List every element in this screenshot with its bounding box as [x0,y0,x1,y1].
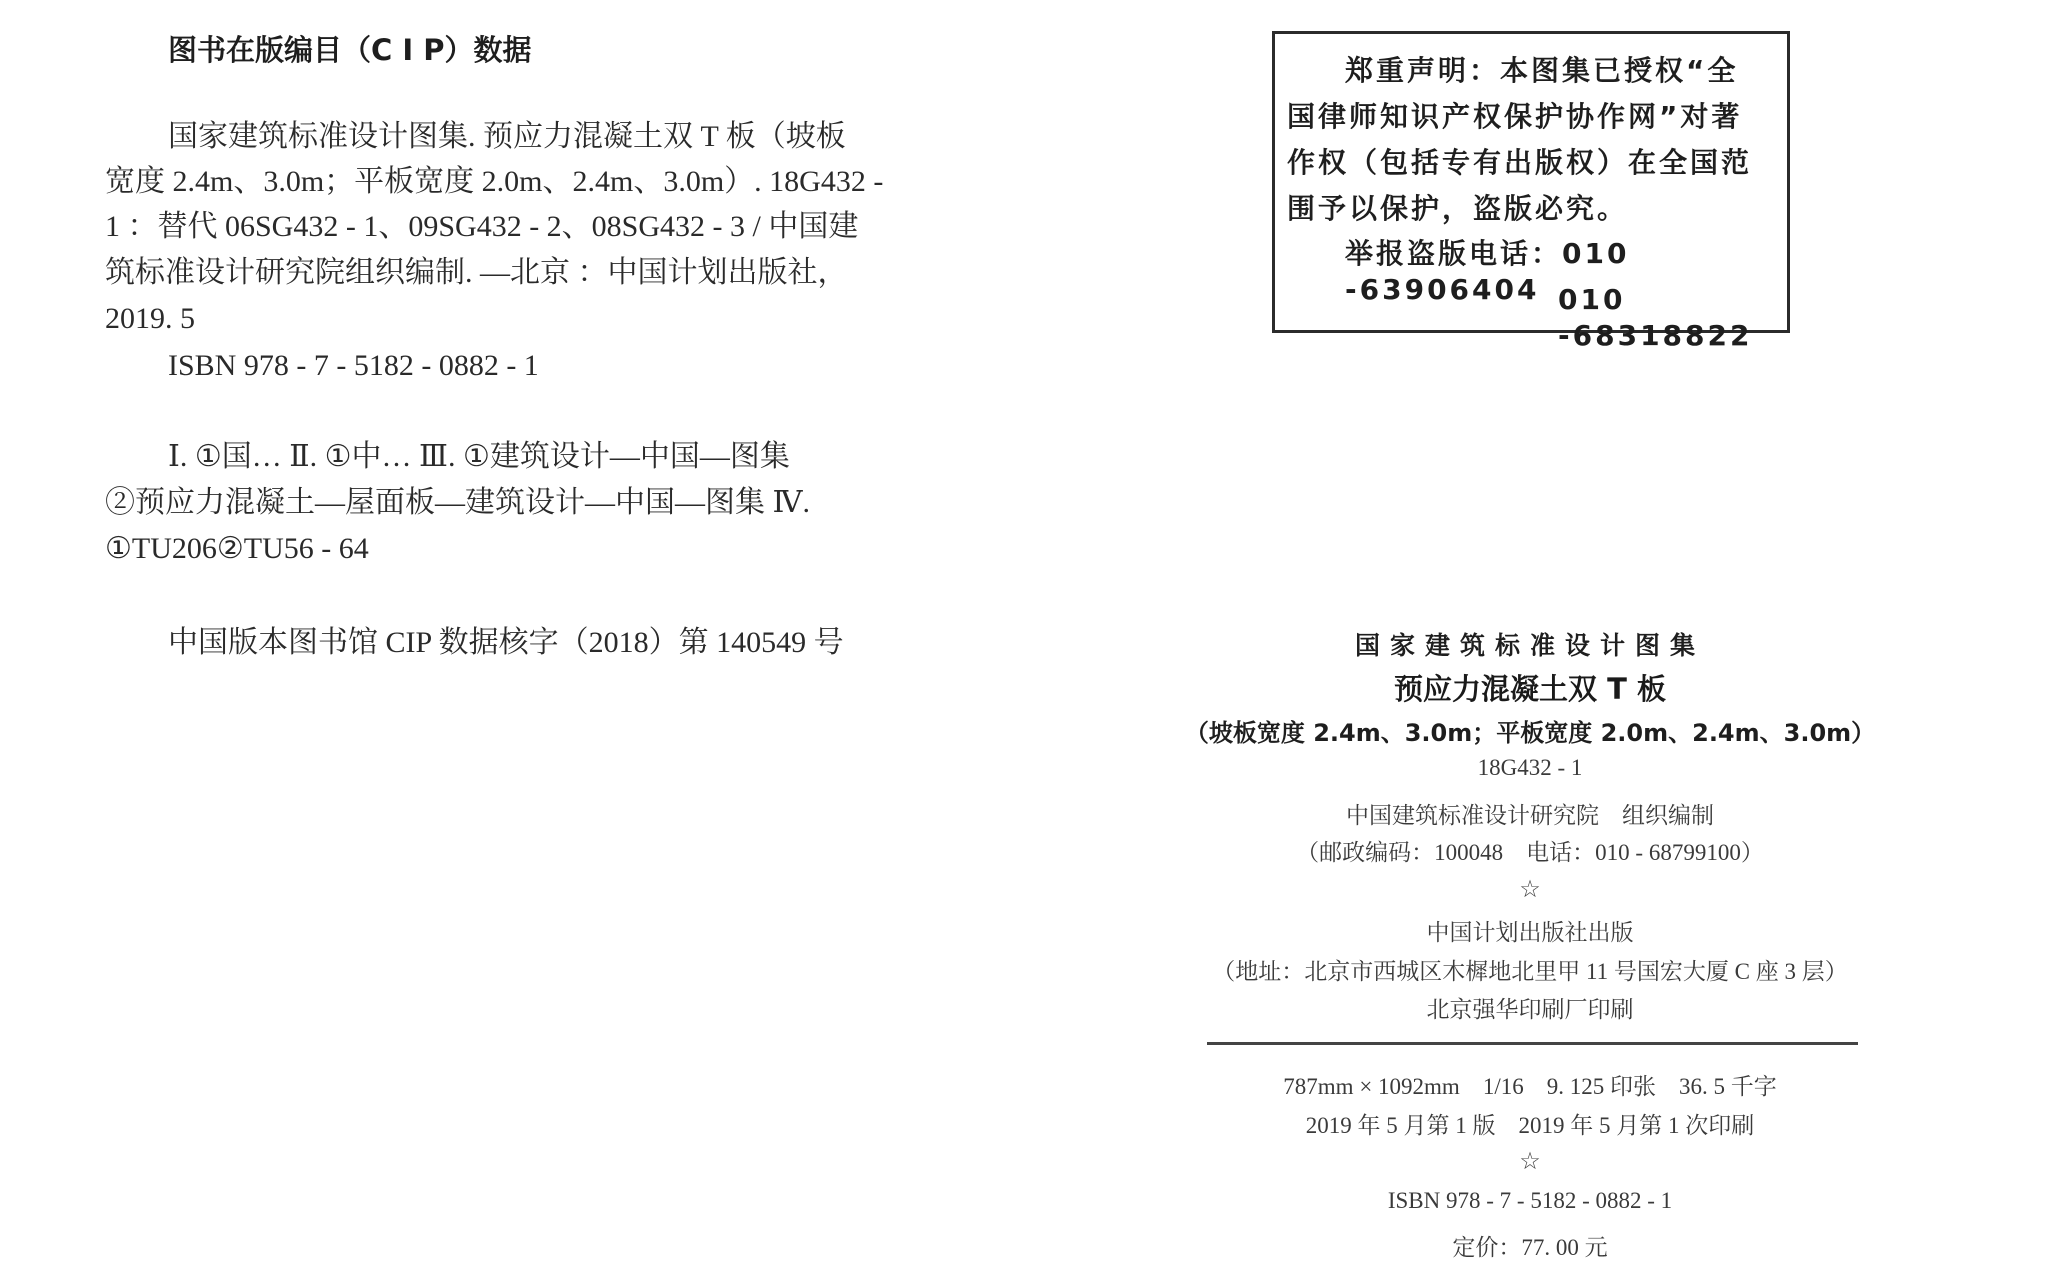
cip-description-line: 国家建筑标准设计图集. 预应力混凝土双 T 板（坡板 [168,119,846,155]
cip-description-line: 2019. 5 [105,301,195,337]
divider-rule [1207,1042,1858,1045]
notice-line: 郑重声明：本图集已授权“全 [1345,53,1738,89]
cip-subject-line: ①TU206②TU56 - 64 [105,531,369,567]
printer: 北京强华印刷厂印刷 [1427,991,1634,1024]
atlas-code: 18G432 - 1 [1478,755,1583,781]
cip-description-line: 1 ：替代 06SG432 - 1、09SG432 - 2、08SG432 - … [105,209,858,245]
price: 定价：77. 00 元 [1452,1229,1607,1262]
notice-line: 国律师知识产权保护协作网”对著 [1287,99,1742,135]
cip-isbn: ISBN 978 - 7 - 5182 - 0882 - 1 [168,348,539,384]
cip-subject-line: Ⅰ. ①国… Ⅱ. ①中… Ⅲ. ①建筑设计—中国—图集 [168,439,790,475]
publisher-address: （地址：北京市西城区木樨地北里甲 11 号国宏大厦 C 座 3 层） [1212,953,1848,986]
book-title: 预应力混凝土双 T 板 [1394,667,1666,708]
series-title: 国家建筑标准设计图集 [1355,626,1705,662]
cip-record-number: 中国版本图书馆 CIP 数据核字（2018）第 140549 号 [168,625,844,661]
book-format: 787mm × 1092mm 1/16 9. 125 印张 36. 5 千字 [1283,1068,1776,1101]
imprint-isbn: ISBN 978 - 7 - 5182 - 0882 - 1 [1388,1188,1672,1214]
cip-description-line: 筑标准设计研究院组织编制. —北京 ：中国计划出版社， [105,255,848,291]
star-icon: ☆ [1519,1147,1541,1176]
cip-heading: 图书在版编目（C I P）数据 [168,28,532,69]
publisher: 中国计划出版社出版 [1427,914,1634,947]
compiler-contact: （邮政编码：100048 电话：010 - 68799100） [1296,834,1764,867]
cip-description-line: 宽度 2.4m、3.0m；平板宽度 2.0m、2.4m、3.0m）. 18G43… [105,164,883,200]
book-subtitle: （坡板宽度 2.4m、3.0m；平板宽度 2.0m、2.4m、3.0m） [1185,713,1875,748]
copyright-notice-box: 郑重声明：本图集已授权“全 国律师知识产权保护协作网”对著 作权（包括专有出版权… [1272,31,1790,333]
edition-info: 2019 年 5 月第 1 版 2019 年 5 月第 1 次印刷 [1306,1107,1755,1140]
compiler: 中国建筑标准设计研究院 组织编制 [1346,797,1714,830]
notice-line: 作权（包括专有出版权）在全国范 [1287,145,1752,181]
cip-subject-line: ②预应力混凝土—屋面板—建筑设计—中国—图集 Ⅳ. [105,485,810,521]
notice-line: 围予以保护，盗版必究。 [1287,191,1628,227]
star-icon: ☆ [1519,875,1541,904]
notice-report-phone-2: 010 -68318822 [1558,282,1787,354]
